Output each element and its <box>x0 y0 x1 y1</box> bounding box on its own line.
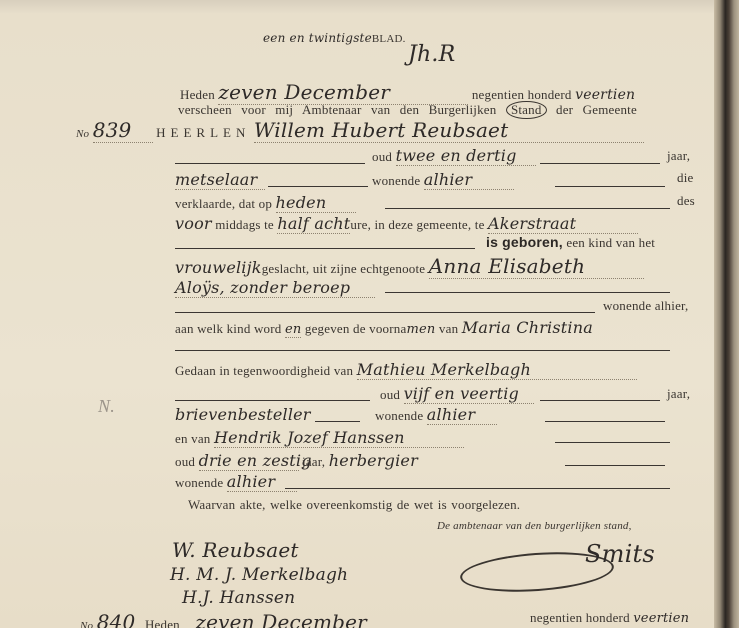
book-binding-edge <box>714 0 739 628</box>
line-witness2: en van Hendrik Jozef Hanssen <box>175 428 464 448</box>
witness2-name: Hendrik Jozef Hanssen <box>214 428 464 448</box>
label-jaar: jaar, <box>667 386 690 402</box>
fill-rule <box>565 465 665 466</box>
fill-rule <box>540 163 660 164</box>
line-age: oud twee en dertig <box>372 146 536 166</box>
mother-first-names: Anna Elisabeth <box>429 254 644 279</box>
line-witness2-age: oud drie en zestig jaar, herbergier <box>175 451 418 471</box>
witness1-name: Mathieu Merkelbagh <box>357 360 637 380</box>
declarant-name: Willem Hubert Reubsaet <box>254 118 644 143</box>
fill-rule <box>175 248 475 249</box>
fill-rule <box>385 208 670 209</box>
label-jaar: jaar, <box>667 148 690 164</box>
line-time-place: voor middags te half achture, in deze ge… <box>175 214 638 234</box>
sheet-initials: Jh.R <box>408 42 455 67</box>
declarant-age: twee en dertig <box>396 146 536 166</box>
declarant-occupation: metselaar <box>175 170 265 190</box>
margin-note: N. <box>98 396 115 417</box>
next-entry-day-month: zeven December <box>195 610 367 628</box>
witness1-age: vijf en veertig <box>404 384 534 404</box>
fill-rule <box>175 163 365 164</box>
line-next-entry: No 840 Heden zeven December <box>80 610 367 628</box>
fill-rule <box>268 186 368 187</box>
fill-rule <box>545 421 665 422</box>
line-witness2-residence: wonende alhier <box>175 472 297 492</box>
part-of-day: voor <box>175 214 212 233</box>
fill-rule <box>555 186 665 187</box>
label-die: die <box>677 170 693 186</box>
mother-surname-occupation: Aloÿs, zonder beroep <box>175 278 375 298</box>
signature-official: Smits <box>585 540 655 568</box>
birth-time: half acht <box>277 214 350 234</box>
child-given-names: Maria Christina <box>462 318 593 337</box>
register-page: een en twintigsteBLAD. Jh.R Heden zeven … <box>0 0 718 628</box>
line-next-entry-year: negentien honderd veertien <box>530 610 689 626</box>
line-child-name: aan welk kind word en gegeven de voornam… <box>175 318 593 338</box>
line-verscheen: verscheen voor mij Ambtenaar van den Bur… <box>178 101 637 119</box>
witness1-occupation: brievenbesteller <box>175 405 311 424</box>
line-municipality: No 839 HEERLEN Willem Hubert Reubsaet <box>76 118 644 143</box>
fill-rule <box>555 442 670 443</box>
fill-rule <box>315 421 360 422</box>
fill-rule <box>540 400 660 401</box>
signature-witness2: H.J. Hanssen <box>182 588 295 608</box>
child-sex: vrouwelijk <box>175 258 262 277</box>
line-witness1-residence: wonende alhier <box>375 405 497 425</box>
line-verklaarde: verklaarde, dat op heden <box>175 193 356 213</box>
birth-place: Akerstraat <box>488 214 638 234</box>
closing-statement: Waarvan akte, welke overeenkomstig de we… <box>188 497 520 513</box>
line-occupation: metselaar <box>175 170 265 190</box>
line-witness1-occupation: brievenbesteller <box>175 405 311 424</box>
fill-rule <box>175 400 370 401</box>
witness1-residence: alhier <box>427 405 497 425</box>
witness2-age: drie en zestig <box>199 451 299 471</box>
declarant-residence: alhier <box>424 170 514 190</box>
fill-rule <box>175 312 595 313</box>
line-mother: vrouwelijkgeslacht, uit zijne echtgenoot… <box>175 254 644 279</box>
line-witness1-age: oud vijf en veertig <box>380 384 534 404</box>
witness2-residence: alhier <box>227 472 297 492</box>
label-des: des <box>677 193 695 209</box>
municipality: HEERLEN <box>156 125 250 140</box>
fill-rule <box>385 292 670 293</box>
fill-rule <box>175 350 670 351</box>
signature-witness1: H. M. J. Merkelbagh <box>170 565 348 585</box>
next-entry-number: 840 <box>97 610 136 628</box>
birth-date: heden <box>276 193 356 213</box>
official-caption: De ambtenaar van den burgerlijken stand, <box>437 520 632 532</box>
line-wonende: wonende alhier <box>372 170 514 190</box>
line-witness1: Gedaan in tegenwoordigheid van Mathieu M… <box>175 360 637 380</box>
line-mother-rest: Aloÿs, zonder beroep <box>175 278 375 298</box>
label-wonende-alhier: wonende alhier, <box>603 298 689 314</box>
entry-number: 839 <box>93 118 153 143</box>
line-geboren: is geboren, een kind van het <box>486 234 655 251</box>
fill-rule <box>285 488 670 489</box>
witness2-occupation: herbergier <box>329 451 418 470</box>
signature-declarant: W. Reubsaet <box>172 538 299 562</box>
sheet-label: een en twintigsteBLAD. <box>263 30 406 46</box>
